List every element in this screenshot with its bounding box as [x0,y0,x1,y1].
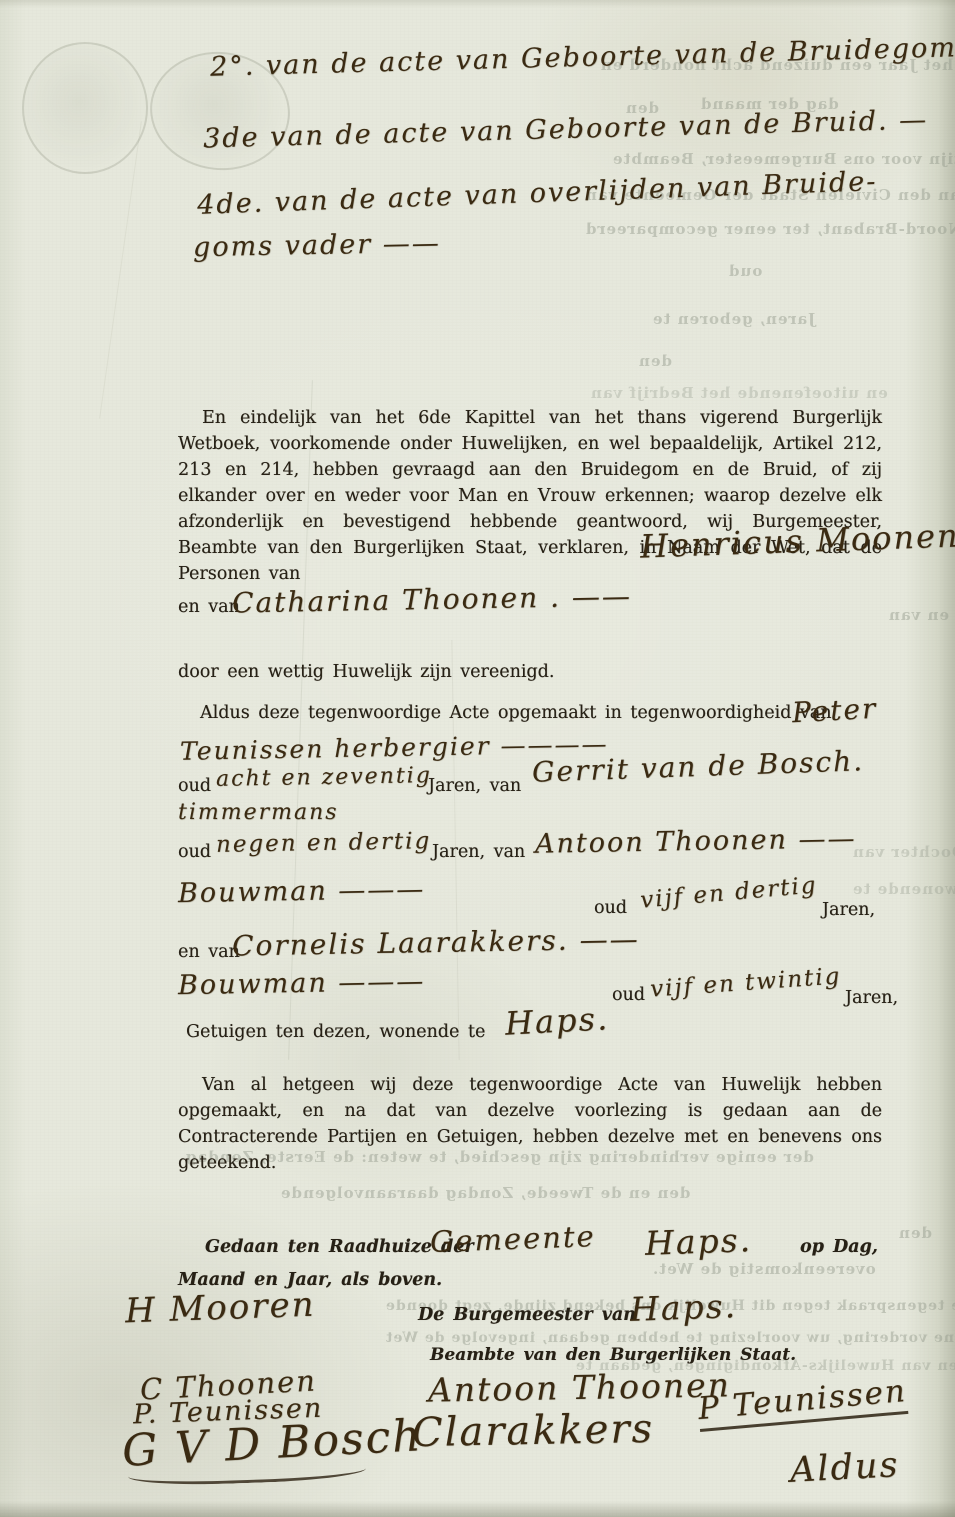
witness1-age: acht en zeventig [216,763,432,792]
jaren-van-label-2: Jaren, van [432,842,525,862]
oud-label-2: oud [178,842,211,862]
bleedthrough-text: Jaren, geboren te [652,310,815,328]
corner-word-aldus: Aldus [789,1445,900,1491]
beambte-label: Beambte van den Burgerlijken Staat. [430,1345,796,1365]
getuigen-line: Getuigen ten dezen, wonende te [186,1022,485,1042]
jaren-label-2: Jaren, [845,988,898,1008]
handwritten-line-acte-overlijden: 4de. van de acte van overlijden van Brui… [197,166,878,221]
jaren-label-1: Jaren, [822,900,875,920]
bleedthrough-text: en van [888,606,949,624]
witness3-occupation: Bouwman ——— [178,874,426,909]
bleedthrough-text: overeenkomstig de Wet. [652,1260,876,1278]
bride-name-handwritten: Catharina Thoonen . —— [232,580,632,620]
witness-intro-line: Aldus deze tegenwoordige Acte opgemaakt … [200,703,832,723]
bleedthrough-text: Noord-Brabant, ter eener gecompareerd [585,220,955,238]
jaren-van-label-1: Jaren, van [428,776,521,796]
bleedthrough-text: en uitoefenende het Bedrijf van [590,384,888,402]
witness3-age: vijf en dertig [639,872,818,913]
oud-label-4: oud [612,985,645,1005]
witness3-name: Antoon Thoonen —— [535,823,857,860]
handwritten-line-acte-bruid: 3de van de acte van Geboorte van de Brui… [203,105,929,155]
witness1-first-name: Peter [791,692,878,729]
bleedthrough-text: Dochter van [852,843,955,861]
bleedthrough-text: hunne vordering, uw voorlezing te hebben… [385,1330,955,1346]
witness4-occupation: Bouwman ——— [178,966,426,1001]
en-van-label: en van [178,597,240,617]
bleedthrough-text: oud [728,262,762,280]
page-edge-bottom [0,1501,955,1517]
bleedthrough-text: den [898,1224,932,1242]
signature-clarakkers: Clarakkers [412,1406,655,1456]
handwritten-line-acte-bruidegom: 2°. van de acte van Geboorte van de Brui… [210,32,955,83]
en-van-label-2: en van [178,942,240,962]
bleedthrough-text: uren, zijn voor ons Burgemeester, Beambt… [612,150,955,168]
signature-antoon-thoonen: Antoon Thoonen [428,1365,732,1409]
embossed-stamp-icon [22,42,148,174]
document-page: het Jaar een duizend acht honderd en den… [0,0,955,1517]
oud-label-1: oud [178,776,211,796]
handwritten-line-goms-vader: goms vader —— [193,228,441,263]
witness4-age: vijf en twintig [649,963,842,1002]
witness4-name: Cornelis Laarakkers. —— [232,922,640,962]
gemeente-place-handwritten: Haps. [644,1220,752,1263]
burgemeester-place-handwritten: Haps. [629,1286,737,1329]
bleedthrough-text: wonende te [852,880,955,898]
signature-mayor: H Mooren [124,1285,316,1332]
oud-label-3: oud [594,898,627,918]
witness2-age: negen en dertig [216,828,432,858]
burgemeester-label: De Burgemeester van [418,1305,636,1325]
closing-paragraph: Van al hetgeen wij deze tegenwoordige Ac… [178,1072,882,1176]
bleedthrough-text: den en de Tweede, Zondag daaraanvolgende [280,1184,690,1202]
witness2-occupation: timmermans [178,800,339,825]
united-line: door een wettig Huwelijk zijn vereenigd. [178,662,554,682]
gemeente-handwritten: Gemeente [429,1219,596,1259]
bleedthrough-text: den [638,352,672,370]
op-dag-label: op Dag, [800,1237,878,1257]
residence-handwritten: Haps. [504,999,610,1042]
page-edge-top [0,0,955,8]
